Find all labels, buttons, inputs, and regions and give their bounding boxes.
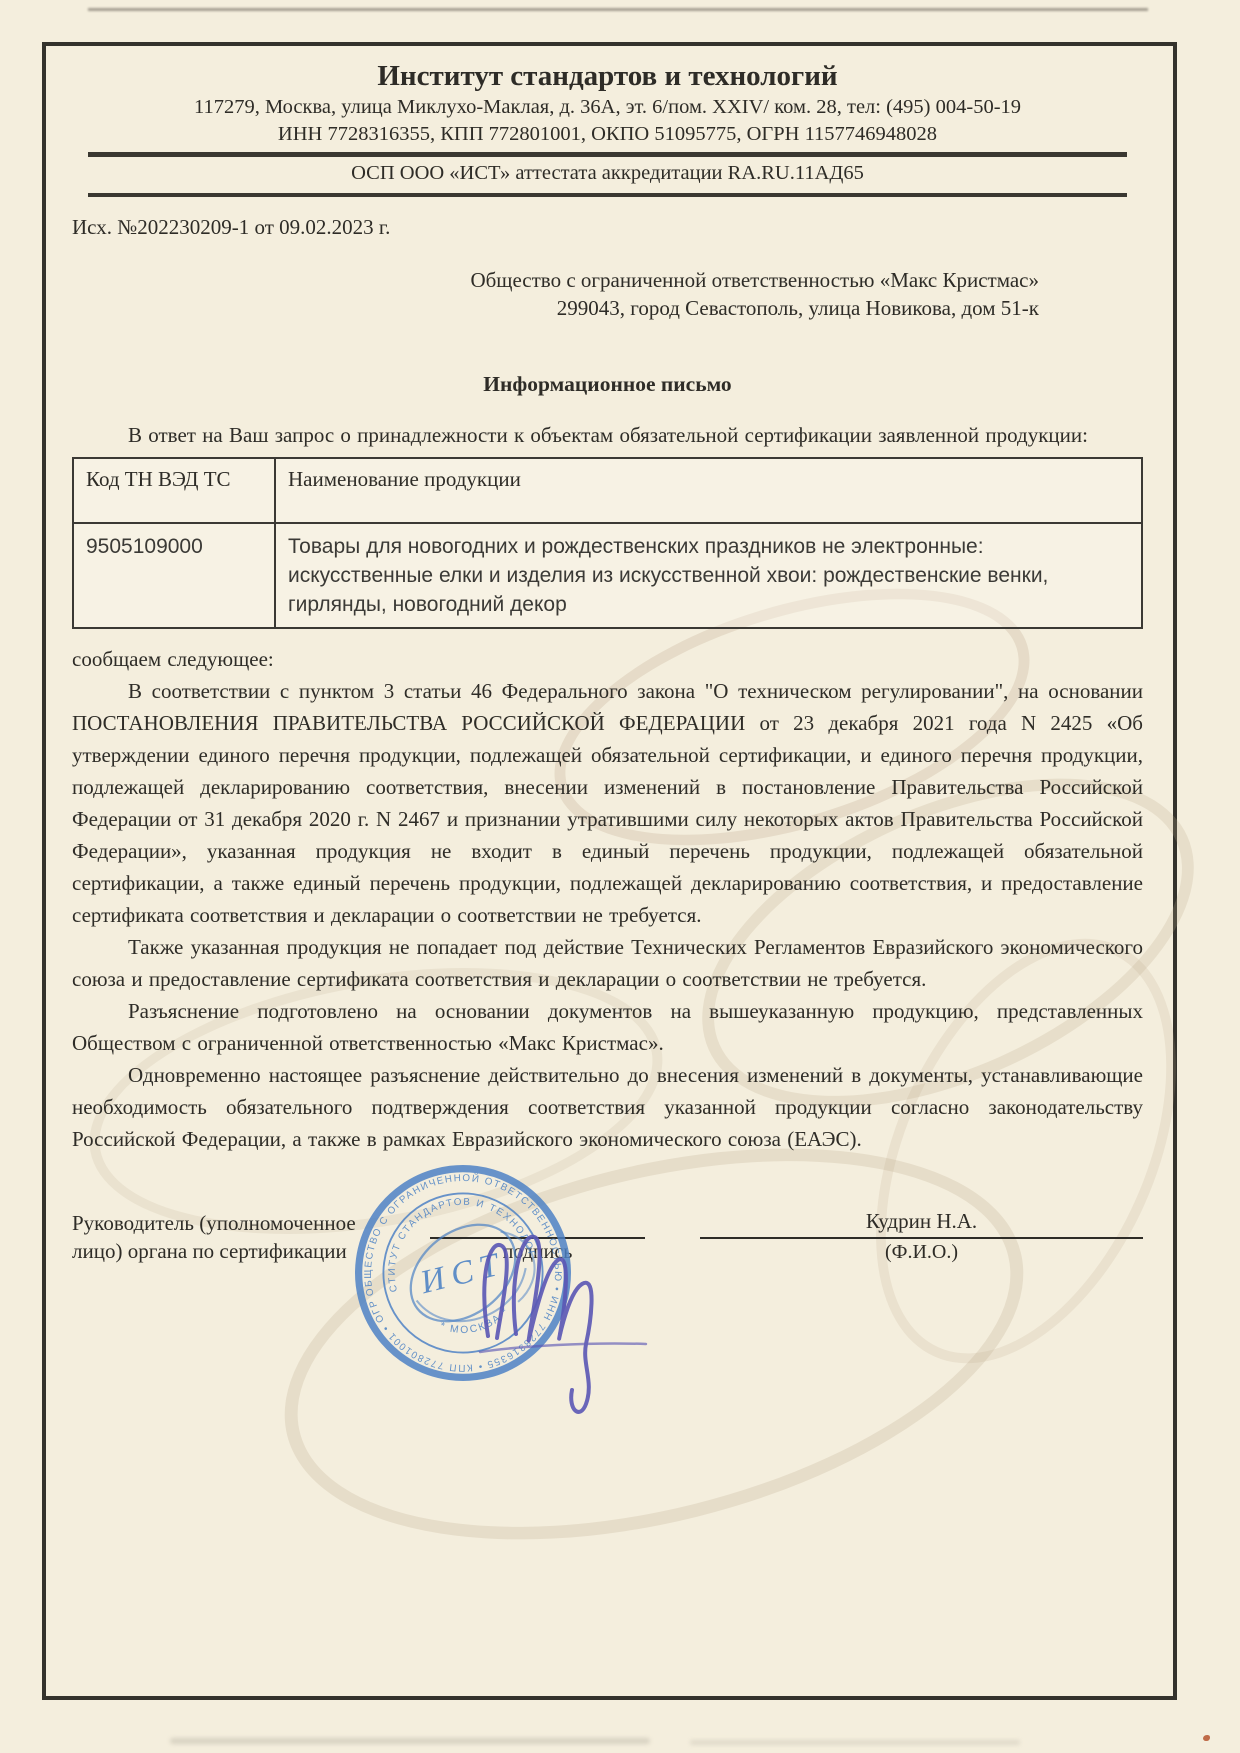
recipient-name: Общество с ограниченной ответственностью… <box>72 266 1039 294</box>
product-code-cell: 9505109000 <box>73 523 275 628</box>
header-rule-bottom <box>88 193 1127 197</box>
scan-artifact-smudge <box>170 1738 650 1744</box>
letterhead: Институт стандартов и технологий 117279,… <box>72 46 1143 148</box>
signer-name: Кудрин Н.А. <box>700 1209 1143 1239</box>
column-header-name: Наименование продукции <box>275 458 1142 523</box>
outgoing-ref-line: Исх. №202230209-1 от 09.02.2023 г. <box>72 215 1143 240</box>
organization-address: 117279, Москва, улица Миклухо-Маклая, д.… <box>72 94 1143 121</box>
column-header-code: Код ТН ВЭД ТС <box>73 458 275 523</box>
products-table: Код ТН ВЭД ТС Наименование продукции 950… <box>72 457 1143 629</box>
body-paragraph-1: В соответствии с пунктом 3 статьи 46 Фед… <box>72 675 1143 931</box>
organization-ids: ИНН 7728316355, КПП 772801001, ОКПО 5109… <box>72 121 1143 148</box>
report-note: сообщаем следующее: <box>72 643 1143 675</box>
table-header-row: Код ТН ВЭД ТС Наименование продукции <box>73 458 1142 523</box>
body-paragraph-4: Одновременно настоящее разъяснение дейст… <box>72 1059 1143 1155</box>
accreditation-line: ОСП ООО «ИСТ» аттестата аккредитации RA.… <box>72 157 1143 189</box>
recipient-block: Общество с ограниченной ответственностью… <box>72 266 1143 322</box>
letter-subject: Информационное письмо <box>72 372 1143 397</box>
organization-title: Институт стандартов и технологий <box>72 58 1143 94</box>
table-row: 9505109000 Товары для новогодних и рожде… <box>73 523 1142 628</box>
intro-paragraph: В ответ на Ваш запрос о принадлежности к… <box>72 419 1143 451</box>
recipient-address: 299043, город Севастополь, улица Новиков… <box>72 294 1039 322</box>
handwritten-signature-icon <box>450 1166 680 1426</box>
scan-artifact-top-edge <box>88 8 1148 11</box>
product-name-cell: Товары для новогодних и рождественских п… <box>275 523 1142 628</box>
body-paragraph-2: Также указанная продукция не попадает по… <box>72 931 1143 995</box>
scan-artifact-smudge <box>690 1740 1020 1745</box>
body-paragraph-3: Разъяснение подготовлено на основании до… <box>72 995 1143 1059</box>
document-page: Институт стандартов и технологий 117279,… <box>42 42 1177 1700</box>
name-caption: (Ф.И.О.) <box>700 1239 1143 1265</box>
scan-artifact-speck <box>1203 1735 1210 1741</box>
name-field: Кудрин Н.А. (Ф.И.О.) <box>700 1209 1143 1265</box>
